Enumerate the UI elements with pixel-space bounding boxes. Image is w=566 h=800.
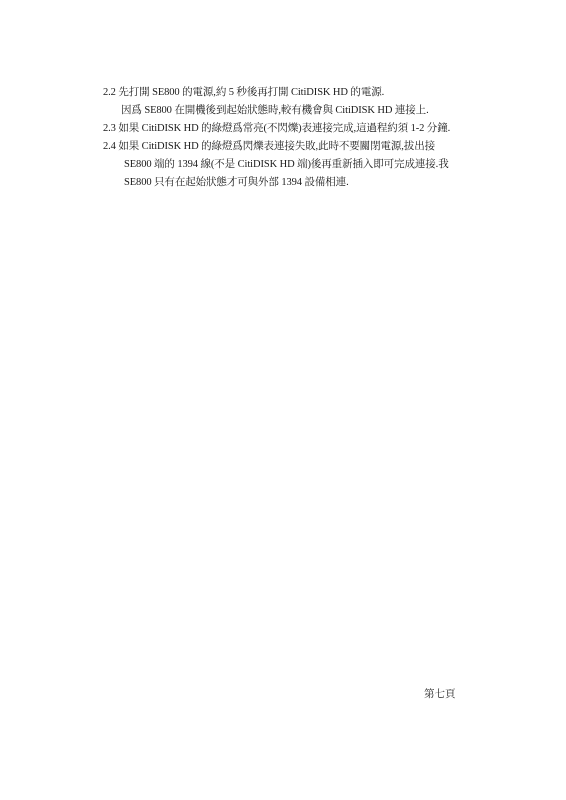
step-2-4-line-3: SE800 只有在起始狀態才可與外部 1394 設備相連.: [124, 177, 349, 189]
step-2-2-line-1: 2.2 先打開 SE800 的電源,約 5 秒後再打開 CitiDISK HD …: [103, 87, 384, 99]
page-number: 第七頁: [424, 686, 456, 701]
step-2-4-line-1: 2.4 如果 CitiDISK HD 的綠燈爲閃爍表連接失敗,此時不要關閉電源,…: [103, 141, 435, 153]
step-2-3-line-1: 2.3 如果 CitiDISK HD 的綠燈爲常亮(不閃爍)表連接完成,這過程約…: [103, 123, 450, 135]
step-2-4-line-2: SE800 端的 1394 線(不是 CitiDISK HD 端)後再重新插入即…: [124, 159, 449, 171]
step-2-2-line-2: 因爲 SE800 在開機後到起始狀態時,較有機會與 CitiDISK HD 連接…: [121, 105, 429, 117]
